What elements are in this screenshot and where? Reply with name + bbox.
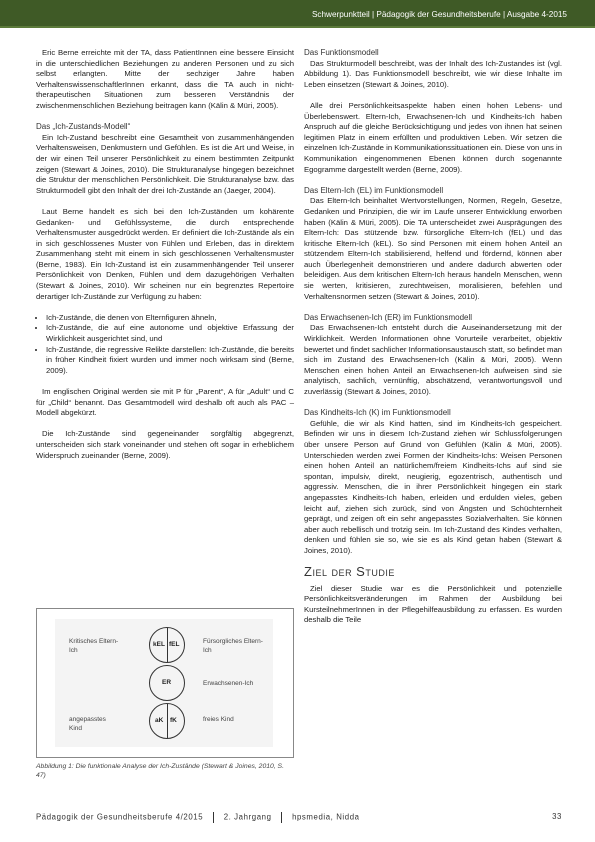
circle-label-fel: fEL [169, 641, 179, 648]
paragraph: Im englischen Original werden sie mit P … [36, 387, 294, 419]
right-column: Das Funktionsmodell Das Strukturmodell b… [304, 48, 562, 637]
label-fuersorgliches-eltern-ich: Fürsorgliches Eltern-Ich [203, 637, 263, 655]
bullet-item: Ich-Zustände, die denen von Elternfigure… [46, 313, 294, 324]
circle-eltern-ich: kEL fEL [149, 627, 185, 663]
page-number: 33 [552, 812, 562, 821]
figure-ego-state-diagram: Kritisches Eltern-Ich Fürsorgliches Elte… [36, 608, 294, 758]
paragraph: Alle drei Persönlichkeitsaspekte haben e… [304, 101, 562, 175]
paragraph: Die Ich-Zustände sind gegeneinander sorg… [36, 429, 294, 461]
paragraph: Ziel dieser Studie war es die Persönlich… [304, 584, 562, 626]
subheading: Das Kindheits-Ich (K) im Funktionsmodell [304, 408, 562, 419]
footer-separator [281, 812, 282, 823]
bullet-item: Ich-Zustände, die regressive Relikte dar… [46, 345, 294, 377]
subheading: Das Eltern-Ich (EL) im Funktionsmodell [304, 186, 562, 197]
footer-journal: Pädagogik der Gesundheitsberufe 4/2015 [36, 813, 203, 822]
circle-label-fk: fK [170, 717, 177, 724]
page-footer: Pädagogik der Gesundheitsberufe 4/2015 2… [36, 812, 562, 823]
circle-divider [167, 704, 168, 738]
paragraph: Gefühle, die wir als Kind hatten, sind i… [304, 419, 562, 557]
paragraph: Das Erwachsenen-Ich entsteht durch die A… [304, 323, 562, 397]
circle-kindheits-ich: aK fK [149, 703, 185, 739]
label-angepasstes-kind: angepasstes Kind [69, 715, 119, 733]
circle-label-er: ER [162, 679, 171, 686]
bullet-list: Ich-Zustände, die denen von Elternfigure… [36, 313, 294, 377]
paragraph: Das Strukturmodell beschreibt, was der I… [304, 59, 562, 91]
subheading: Das Funktionsmodell [304, 48, 562, 59]
circle-label-kel: kEL [153, 641, 165, 648]
footer-volume: 2. Jahrgang [224, 813, 272, 822]
circle-erwachsenen-ich: ER [149, 665, 185, 701]
running-header-bar: Schwerpunktteil | Pädagogik der Gesundhe… [0, 0, 595, 28]
subheading: Das Erwachsenen-Ich (ER) im Funktionsmod… [304, 313, 562, 324]
running-header-title: Schwerpunktteil | Pädagogik der Gesundhe… [312, 10, 567, 19]
circle-label-ak: aK [155, 717, 163, 724]
bullet-item: Ich-Zustände, die auf eine autonome und … [46, 323, 294, 344]
footer-publisher: hpsmedia, Nidda [292, 813, 360, 822]
paragraph: Ein Ich-Zustand beschreibt eine Gesamthe… [36, 133, 294, 197]
label-kritisches-eltern-ich: Kritisches Eltern-Ich [69, 637, 119, 655]
left-column: Eric Berne erreichte mit der TA, dass Pa… [36, 48, 294, 472]
figure-caption: Abbildung 1: Die funktionale Analyse der… [36, 762, 294, 780]
subheading: Das „Ich-Zustands-Modell“ [36, 122, 294, 133]
diagram-area: Kritisches Eltern-Ich Fürsorgliches Elte… [55, 619, 273, 747]
label-freies-kind: freies Kind [203, 715, 243, 724]
paragraph: Eric Berne erreichte mit der TA, dass Pa… [36, 48, 294, 112]
paragraph: Das Eltern-Ich beinhaltet Wertvorstellun… [304, 196, 562, 302]
paragraph: Laut Berne handelt es sich bei den Ich-Z… [36, 207, 294, 302]
label-erwachsenen-ich: Erwachsenen-Ich [203, 679, 273, 688]
section-title: Ziel der Studie [304, 567, 562, 578]
footer-separator [213, 812, 214, 823]
circle-divider [167, 628, 168, 662]
